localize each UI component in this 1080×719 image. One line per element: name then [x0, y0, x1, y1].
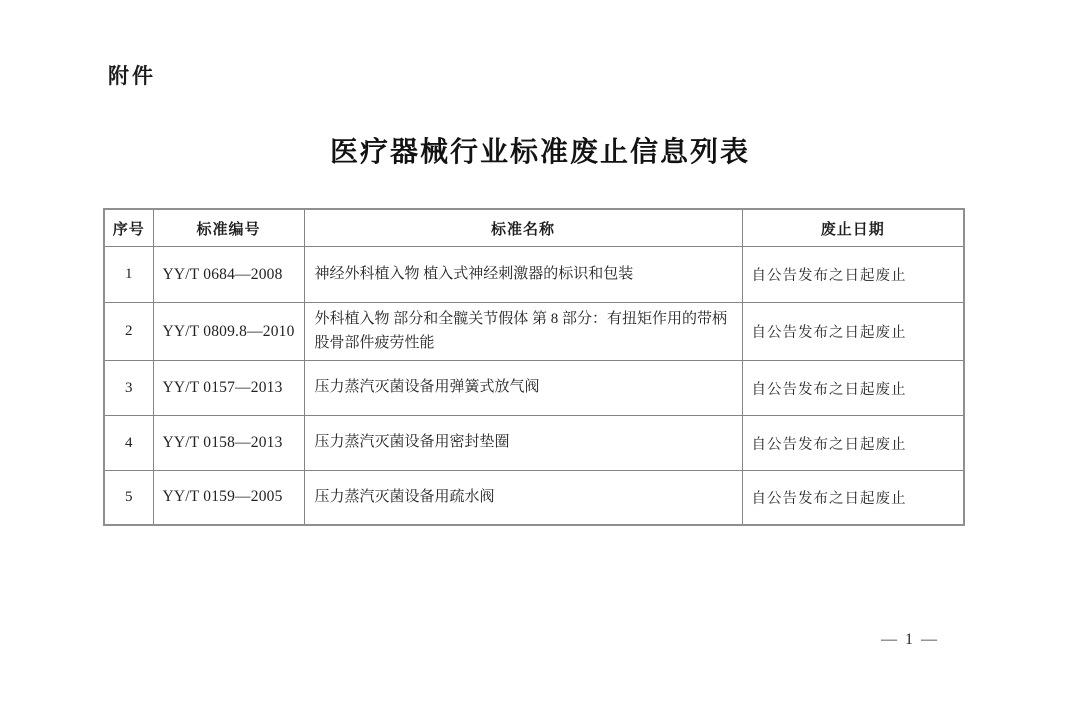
abolish-date-cell: 自公告发布之日起废止 — [742, 471, 964, 525]
standard-name-cell: 外科植入物 部分和全髋关节假体 第 8 部分：有扭矩作用的带柄股骨部件疲劳性能 — [304, 303, 742, 361]
standard-code-cell: YY/T 0809.8—2010 — [153, 303, 304, 361]
table-row: 2 YY/T 0809.8—2010 外科植入物 部分和全髋关节假体 第 8 部… — [104, 303, 964, 361]
abolish-date-cell: 自公告发布之日起废止 — [742, 416, 964, 471]
table-row: 1 YY/T 0684—2008 神经外科植入物 植入式神经刺激器的标识和包装 … — [104, 247, 964, 303]
row-index-cell: 3 — [104, 361, 153, 416]
standard-name-cell: 神经外科植入物 植入式神经刺激器的标识和包装 — [304, 247, 742, 303]
standard-name-cell: 压力蒸汽灭菌设备用密封垫圈 — [304, 416, 742, 471]
abolish-date-cell: 自公告发布之日起废止 — [742, 303, 964, 361]
page-title: 医疗器械行业标准废止信息列表 — [0, 130, 1080, 170]
row-index-cell: 5 — [104, 471, 153, 525]
standard-name-cell: 压力蒸汽灭菌设备用疏水阀 — [304, 471, 742, 525]
abolish-date-cell: 自公告发布之日起废止 — [742, 247, 964, 303]
table-row: 5 YY/T 0159—2005 压力蒸汽灭菌设备用疏水阀 自公告发布之日起废止 — [104, 471, 964, 525]
col-header-abolish-date: 废止日期 — [742, 209, 964, 247]
row-index-cell: 4 — [104, 416, 153, 471]
abolish-date-cell: 自公告发布之日起废止 — [742, 361, 964, 416]
document-page: 附件 医疗器械行业标准废止信息列表 序号 标准编号 标准名称 废止日期 1 YY… — [0, 0, 1080, 719]
row-index-cell: 1 — [104, 247, 153, 303]
col-header-standard-name: 标准名称 — [304, 209, 742, 247]
standards-abolition-table: 序号 标准编号 标准名称 废止日期 1 YY/T 0684—2008 神经外科植… — [103, 208, 965, 526]
page-number: — 1 — — [845, 631, 975, 649]
standard-code-cell: YY/T 0157—2013 — [153, 361, 304, 416]
standard-name-cell: 压力蒸汽灭菌设备用弹簧式放气阀 — [304, 361, 742, 416]
table-row: 4 YY/T 0158—2013 压力蒸汽灭菌设备用密封垫圈 自公告发布之日起废… — [104, 416, 964, 471]
row-index-cell: 2 — [104, 303, 153, 361]
standard-code-cell: YY/T 0684—2008 — [153, 247, 304, 303]
col-header-standard-code: 标准编号 — [153, 209, 304, 247]
standard-code-cell: YY/T 0159—2005 — [153, 471, 304, 525]
standard-code-cell: YY/T 0158—2013 — [153, 416, 304, 471]
table-row: 3 YY/T 0157—2013 压力蒸汽灭菌设备用弹簧式放气阀 自公告发布之日… — [104, 361, 964, 416]
attachment-label: 附件 — [108, 60, 156, 90]
col-header-serial-no: 序号 — [104, 209, 153, 247]
table-header-row: 序号 标准编号 标准名称 废止日期 — [104, 209, 964, 247]
